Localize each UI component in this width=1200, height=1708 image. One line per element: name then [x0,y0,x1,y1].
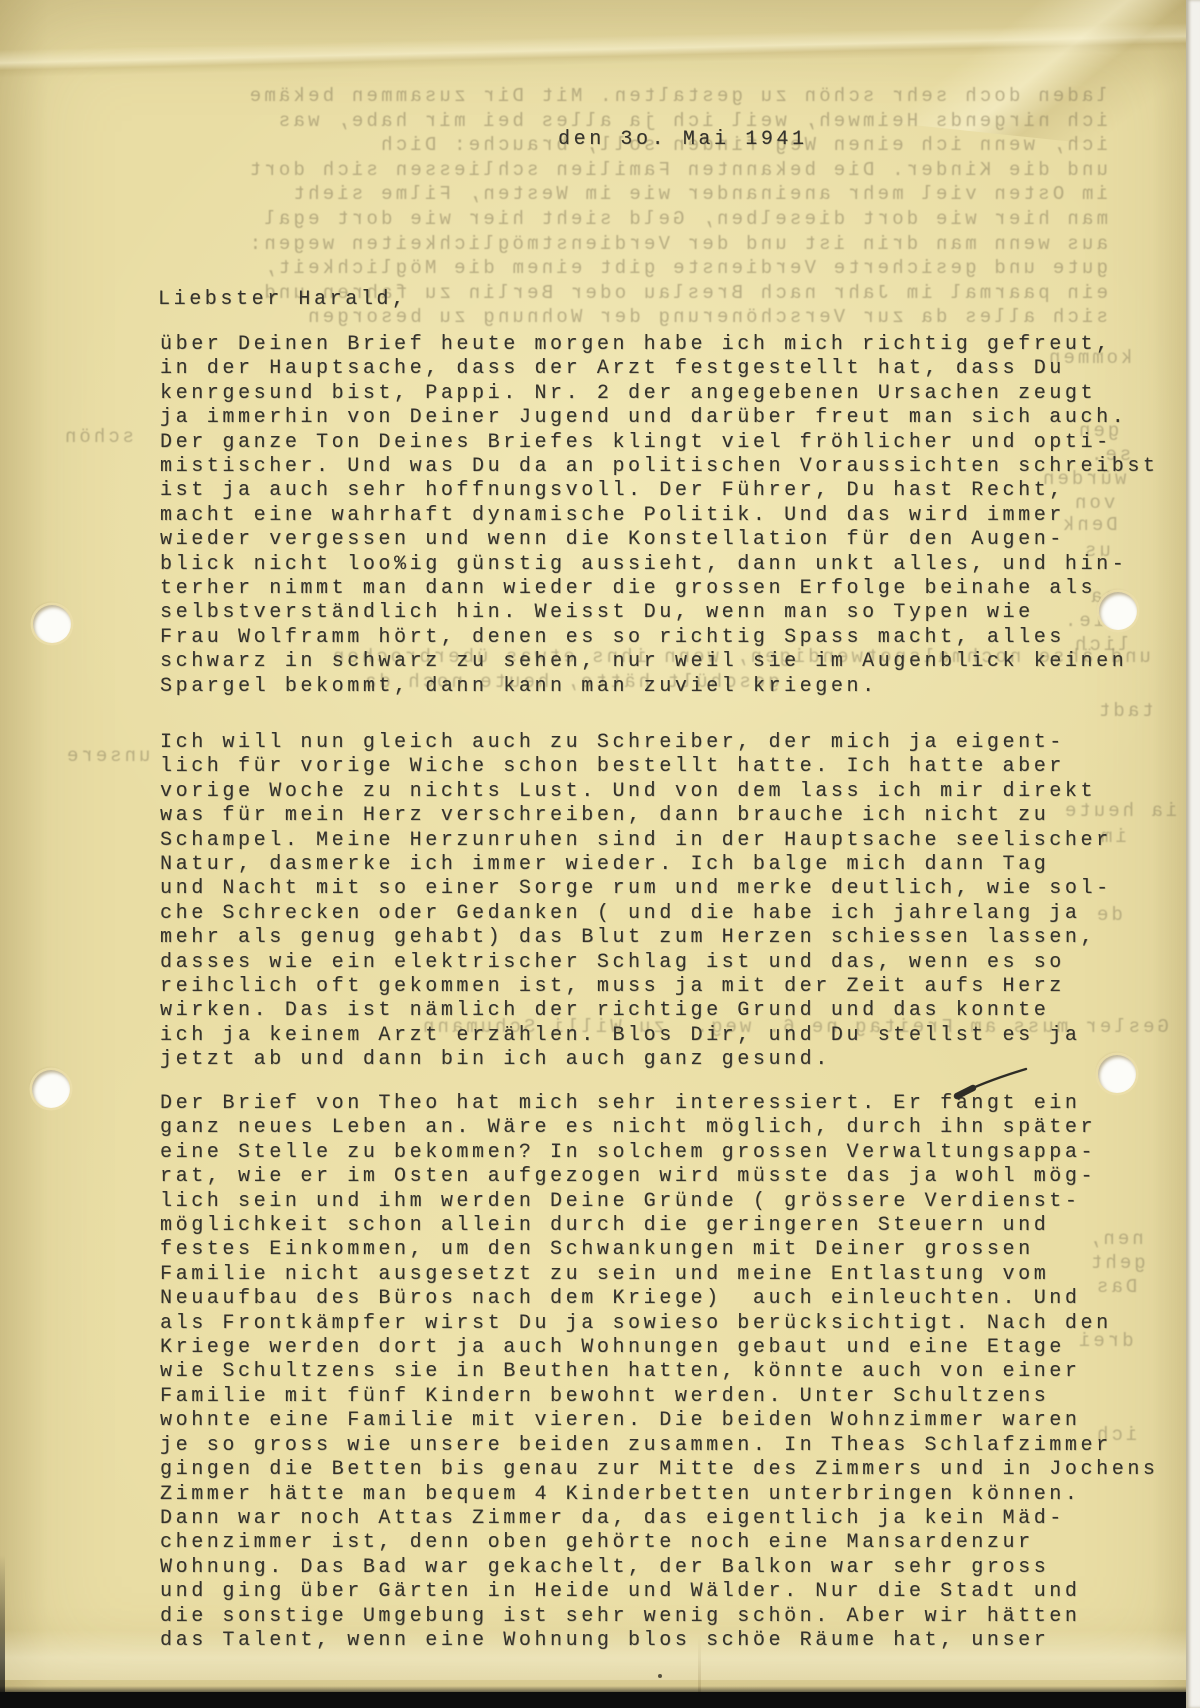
text-line: und ging über Gärten in Heide und Wälder… [160,1580,1159,1604]
text-line: Ich will nun gleich auch zu Schreiber, d… [160,731,1112,755]
text-line: Dann war noch Attas Zimmer da, das eigen… [160,1507,1159,1531]
text-line: in der Hauptsache, dass der Arzt festges… [160,357,1159,381]
scan-strip-right [1186,0,1200,1708]
text-line: chenzimmer ist, denn oben gehörte noch e… [160,1531,1159,1555]
text-line: Spargel bekommt, dann kann man zuviel kr… [160,675,1159,699]
letter-salutation: Liebster Harald, [158,288,408,312]
text-line: Kriege werden dort ja auch Wohnungen geb… [160,1336,1159,1360]
bleedthrough-fragment: unsere [64,745,150,767]
text-line: ganz neues Leben an. Wäre es nicht mögli… [160,1116,1159,1140]
text-line: terher nimmt man dann wieder die grossen… [160,577,1159,601]
text-line: über Deinen Brief heute morgen habe ich … [160,333,1159,357]
letter-scan: laden doch sehr schön zu gestalten. Mit … [0,0,1200,1708]
text-line: Neuaufbau des Büros nach dem Kriege) auc… [160,1287,1159,1311]
text-line: wie Schultzens sie in Beuthen hatten, kö… [160,1360,1159,1384]
text-line: wohnte eine Familie mit vieren. Die beid… [160,1409,1159,1433]
text-line: mistischer. Und was Du da an politischen… [160,455,1159,479]
text-line: lich für vorige Wiche schon bestellt hat… [160,755,1112,779]
text-line: Wohnung. Das Bad war gekachelt, der Balk… [160,1556,1159,1580]
letter-paragraph-2: Ich will nun gleich auch zu Schreiber, d… [160,731,1112,1073]
text-line: im Osten viel mehr aneinander wie im Wes… [82,182,1108,207]
text-line: vorige Woche zu nichts Lust. Und von dem… [160,780,1112,804]
hole-punch [33,605,71,643]
text-line: che Schrecken oder Gedanken ( und die ha… [160,902,1112,926]
text-line: blick nicht loo%ig günstig aussieht, dan… [160,553,1159,577]
text-line: laden doch sehr schön zu gestalten. Mit … [82,84,1108,109]
text-line: rat, wie er im Osten aufgezogen wird müs… [160,1165,1159,1189]
text-line: Familie nicht ausgesetzt zu sein und mei… [160,1263,1159,1287]
text-line: macht eine wahrhaft dynamische Politik. … [160,504,1159,528]
text-line: Natur, dasmerke ich immer wieder. Ich ba… [160,853,1112,877]
pen-mark [952,1056,1042,1102]
text-line: möglichkeit schon allein durch die gerin… [160,1214,1159,1238]
text-line: schwarz in schwarz zu sehen, nur weil si… [160,650,1159,674]
hole-punch [32,1070,70,1108]
text-line: ich ja keinem Arzt erzählen. Blos Dir, u… [160,1024,1112,1048]
letter-paragraph-1: über Deinen Brief heute morgen habe ich … [160,333,1159,699]
text-line: die sonstige Umgebung ist sehr wenig sch… [160,1605,1159,1629]
hole-punch [1098,1055,1136,1093]
text-line: lich sein und ihm werden Deine Gründe ( … [160,1190,1159,1214]
text-line: ja immerhin von Deiner Jugend und darübe… [160,406,1159,430]
text-line: mehr als genug gehabt) das Blut zum Herz… [160,926,1112,950]
bleedthrough-fragment: schön [62,426,134,448]
text-line: und Nacht mit so einer Sorge rum und mer… [160,877,1112,901]
text-line: dasses wie ein elektrischer Schlag ist u… [160,951,1112,975]
text-line: man hier wie dort dieselben, Geld sieht … [82,207,1108,232]
text-line: Frau Wolframm hört, denen es so richtig … [160,626,1159,650]
text-line: gingen die Betten bis genau zur Mitte de… [160,1458,1159,1482]
text-line: Familie mit fünf Kindern bewohnt werden.… [160,1385,1159,1409]
letter-paragraph-3: Der Brief von Theo hat mich sehr interes… [160,1092,1159,1653]
ink-dot [658,1674,662,1678]
scan-band-bottom [0,1692,1200,1708]
text-line: und die Kinder. Die bekannten Familien s… [82,158,1108,183]
text-line: festes Einkommen, um den Schwankungen mi… [160,1238,1159,1262]
text-line: das Talent, wenn eine Wohnung blos schöe… [160,1629,1159,1653]
text-line: gute und gesicherte Verdienste gibt eine… [82,256,1108,281]
text-line: als Frontkämpfer wirst Du ja sowieso ber… [160,1312,1159,1336]
text-line: selbstverständlich hin. Weisst Du, wenn … [160,601,1159,625]
bleedthrough-fragment: tadt [1096,700,1154,722]
text-line: je so gross wie unsere beiden zusammen. … [160,1434,1159,1458]
text-line: Zimmer hätte man bequem 4 Kinderbetten u… [160,1483,1159,1507]
letter-date: den 3o. Mai 1941 [558,128,808,152]
text-line: eine Stelle zu bekommen? In solchem gros… [160,1141,1159,1165]
text-line: Der ganze Ton Deines Briefes klingt viel… [160,431,1159,455]
text-line: aus wenn man drin ist und der Verdienstm… [82,232,1108,257]
text-line: ist ja auch sehr hoffnungsvoll. Der Führ… [160,479,1159,503]
text-line: Schampel. Meine Herzunruhen sind in der … [160,829,1112,853]
text-line: kenrgesund bist, Pappi. Nr. 2 der angege… [160,382,1159,406]
text-line: was für mein Herz verschreiben, dann bra… [160,804,1112,828]
text-line: wieder vergessen und wenn die Konstellat… [160,528,1159,552]
hole-punch [1099,592,1137,630]
text-line: wirken. Das ist nämlich der richtige Gru… [160,999,1112,1023]
text-line: reihclich oft gekommen ist, muss ja mit … [160,975,1112,999]
